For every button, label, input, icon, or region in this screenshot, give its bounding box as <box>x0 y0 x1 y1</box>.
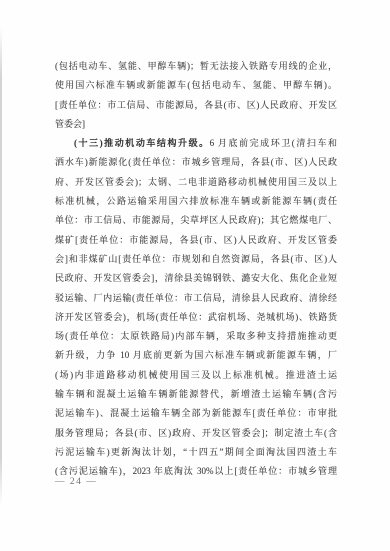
text-line: (含污泥运输车)，2023 年底淘汰 30%以上[责任单位：市城乡管理 <box>55 462 337 481</box>
text-line: 服务管理局；各县(市、区)政府、开发区管委会]；制定渣土车(含 <box>55 424 337 443</box>
text-line: 煤矿[责任单位：市能源局，各县(市、区)人民政府、开发区管委 <box>55 231 337 250</box>
text-line: 管委会] <box>55 115 337 134</box>
text-line: 会]和非煤矿山[责任单位：市规划和自然资源局，各县(市、区)人 <box>55 250 337 269</box>
text-line: (场)内非道路移动机械使用国三及以上标准机械。推进渣土运 <box>55 366 337 385</box>
text-line: 府、开发区管委会)；太钢、二电非道路移动机械使用国三及以上 <box>55 173 337 192</box>
text-line: (十三)推动机动车结构升级。6 月底前完成环卫(清扫车和 <box>55 134 337 153</box>
text-line-continuation: 6 月底前完成环卫(清扫车和 <box>210 138 337 148</box>
text-line: 输车辆和混凝土运输车辆新能源替代，新增渣土运输车辆(含污 <box>55 385 337 404</box>
text-line: [责任单位：市工信局、市能源局，各县(市、区)人民政府、开发区 <box>55 96 337 115</box>
document-text-block: (包括电动车、氢能、甲醇车辆)；暂无法接入铁路专用线的企业，使用国六标准车辆或新… <box>55 57 337 482</box>
section-heading: (十三)推动机动车结构升级。 <box>74 138 210 148</box>
page-number: — 24 — <box>55 477 97 487</box>
text-line: 场(责任单位：太原铁路局)内部车辆，采取多种支持措施推动更 <box>55 327 337 346</box>
page-footer: — 24 — <box>55 477 97 487</box>
document-page: (包括电动车、氢能、甲醇车辆)；暂无法接入铁路专用线的企业，使用国六标准车辆或新… <box>0 0 390 551</box>
text-line: 济开发区管委会)，机场(责任单位：武宿机场、尧城机场)、铁路货 <box>55 308 337 327</box>
text-line: 标准机械，公路运输采用国六排放标准车辆或新能源车辆(责任 <box>55 192 337 211</box>
text-line: (包括电动车、氢能、甲醇车辆)；暂无法接入铁路专用线的企业， <box>55 57 337 76</box>
text-line: 洒水车)新能源化(责任单位：市城乡管理局，各县(市、区)人民政 <box>55 153 337 172</box>
text-line: 泥运输车)、混凝土运输车辆全部为新能源车[责任单位：市审批 <box>55 404 337 423</box>
scan-edge-artifact <box>0 28 2 506</box>
text-line: 污泥运输车)更新淘汰计划，“十四五”期间全面淘汰国四渣土车 <box>55 443 337 462</box>
text-line: 单位：市工信局、市能源局，尖草坪区人民政府)；其它燃煤电厂、 <box>55 211 337 230</box>
text-line: 使用国六标准车辆或新能源车(包括电动车、氢能、甲醇车辆)。 <box>55 76 337 95</box>
text-line: 新升级，力争 10 月底前更新为国六标准车辆或新能源车辆，厂 <box>55 346 337 365</box>
text-line: 民政府、开发区管委会]，清徐县美锦钢铁、潞安大化、焦化企业短 <box>55 269 337 288</box>
text-line: 驳运输、厂内运输(责任单位：市工信局，清徐县人民政府、清徐经 <box>55 289 337 308</box>
